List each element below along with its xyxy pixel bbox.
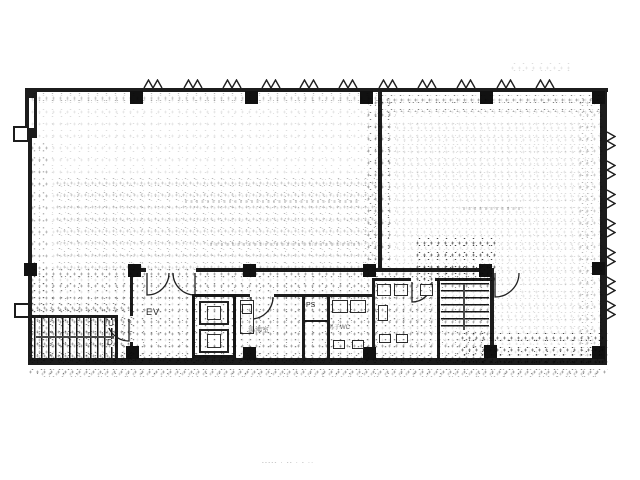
sink: [242, 304, 252, 314]
door-arc: [146, 272, 170, 296]
column: [243, 264, 256, 277]
window-symbol: [261, 79, 281, 89]
wc-stall: [377, 284, 391, 296]
column: [479, 264, 492, 277]
door-opening: [130, 316, 133, 342]
stair-treads: [34, 318, 116, 358]
door-arc: [172, 272, 196, 296]
wc-fixture: [378, 305, 388, 321]
window-symbol: [222, 79, 242, 89]
stair-down-label: D: [106, 339, 114, 347]
wc-stall: [350, 300, 366, 313]
wc-stall: [394, 284, 408, 296]
column: [245, 91, 258, 104]
elevator-car-inner: [207, 334, 221, 348]
ps-left-wall: [302, 296, 305, 358]
scan-noise: [40, 366, 600, 378]
partition-wall-vertical: [378, 92, 382, 268]
elevator-hall-label: EV: [146, 308, 160, 317]
window-symbol: [456, 79, 476, 89]
left-wall-bay-upper: [13, 126, 29, 142]
window-symbol: [606, 160, 616, 180]
window-symbol: [417, 79, 437, 89]
window-symbol: [606, 189, 616, 209]
window-symbol: [496, 79, 516, 89]
window-symbol: [606, 218, 616, 238]
stair-treads: [441, 283, 489, 331]
column: [363, 347, 376, 360]
column: [24, 263, 37, 276]
window-symbol: [183, 79, 203, 89]
column: [592, 262, 605, 275]
window-symbol: [338, 79, 358, 89]
stair-up-label: U: [107, 320, 115, 328]
column: [592, 91, 605, 104]
window-symbol: [606, 247, 616, 267]
wc-basin: [379, 334, 391, 343]
column: [243, 347, 256, 360]
faded-print-row: [185, 200, 360, 203]
column: [128, 264, 141, 277]
stair-rail: [36, 336, 114, 338]
wc-basin: [352, 340, 364, 349]
column: [484, 345, 497, 358]
scan-noise: [30, 90, 380, 104]
caption-marks: ----- · -- · - ··: [262, 460, 314, 466]
scan-noise: [510, 60, 570, 74]
mens-wc-label: 男子WC: [328, 325, 350, 331]
wall-slot: [29, 98, 34, 128]
door-arc: [494, 272, 520, 298]
kitchenette-label: 湯沸室: [248, 327, 269, 334]
window-symbol: [378, 79, 398, 89]
elevator-car-inner: [207, 306, 221, 320]
faded-print-row: [463, 207, 521, 210]
window-symbol: [606, 300, 616, 320]
column: [592, 346, 605, 359]
wc-basin: [396, 334, 408, 343]
window-symbol: [143, 79, 163, 89]
wc-stall: [420, 284, 433, 296]
faded-print-row: [210, 243, 360, 246]
column: [126, 346, 139, 359]
column: [480, 91, 493, 104]
window-symbol: [606, 131, 616, 151]
window-symbol: [535, 79, 555, 89]
wc-stall: [332, 300, 348, 313]
window-symbol: [606, 276, 616, 296]
column: [360, 91, 373, 104]
stair2-left-wall: [437, 278, 440, 358]
stair-rail: [463, 284, 465, 330]
column: [363, 264, 376, 277]
floor-plan-scan: U D EV PS 湯沸室 男子WC ----- · -- · - ··: [0, 0, 640, 480]
pipe-shaft-label: PS: [306, 302, 315, 309]
wc-basin: [333, 340, 345, 349]
column: [130, 91, 143, 104]
ps-bottom-wall: [302, 320, 330, 322]
window-symbol: [299, 79, 319, 89]
scan-noise: [55, 175, 375, 270]
